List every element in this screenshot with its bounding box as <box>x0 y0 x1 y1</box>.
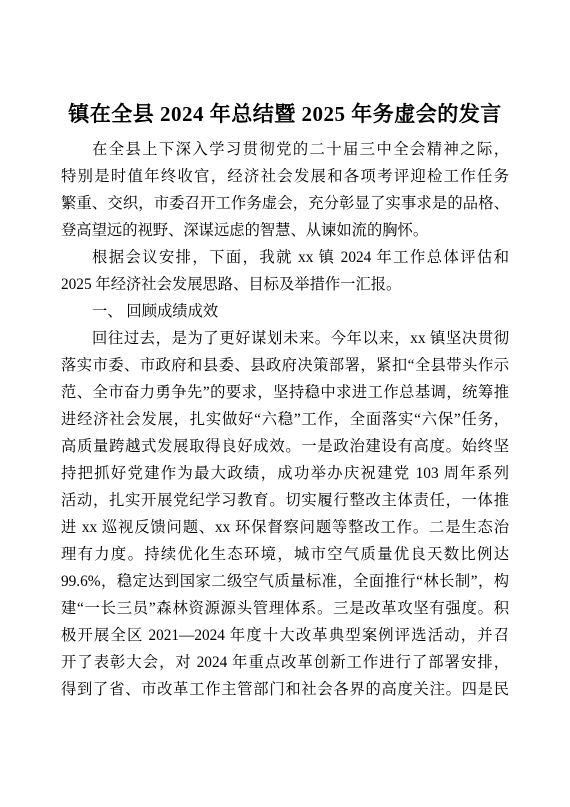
section-heading-review: 一、 回顾成绩成效 <box>61 298 509 325</box>
text-line: 进经济社会发展，扎实做好“六稳”工作，全面落实“六保”任务， <box>61 406 509 433</box>
document-title: 镇在全县 2024 年总结暨 2025 年务虚会的发言 <box>61 99 509 129</box>
text-line: 建“一长三员”森林资源源头管理体系。三是改革攻坚有强度。积 <box>61 595 509 622</box>
text-line: 理有力度。持续优化生态环境，城市空气质量优良天数比例达 <box>61 541 509 568</box>
text-line: 持把抓好党建作为最大政绩，成功举办庆祝建党 103 周年系列 <box>61 460 509 487</box>
text-line: 开了表彰大会，对 2024 年重点改革创新工作进行了部署安排， <box>61 649 509 676</box>
text-line: 回往过去，是为了更好谋划未来。今年以来，xx 镇坚决贯彻 <box>61 325 509 352</box>
text-line: 极开展全区 2021—2024 年度十大改革典型案例评选活动，并召 <box>61 622 509 649</box>
text-line: 进 xx 巡视反馈问题、xx 环保督察问题等整改工作。二是生态治 <box>61 514 509 541</box>
text-line: 活动，扎实开展党纪学习教育。切实履行整改主体责任，一体推 <box>61 487 509 514</box>
text-line: 范、全市奋力勇争先”的要求，坚持稳中求进工作总基调，统筹推 <box>61 379 509 406</box>
text-line: 繁重、交织，市委召开工作务虚会，充分彰显了实事求是的品格、 <box>61 190 509 217</box>
text-line: 得到了省、市改革工作主管部门和社会各界的高度关注。四是民 <box>61 676 509 703</box>
heading-line: 一、 回顾成绩成效 <box>61 298 509 325</box>
text-line: 2025 年经济社会发展思路、目标及举措作一汇报。 <box>61 271 509 298</box>
paragraph-intro: 在全县上下深入学习贯彻党的二十届三中全会精神之际， 特别是时值年终收官，经济社会… <box>61 136 509 244</box>
paragraph-agenda: 根据会议安排，下面，我就 xx 镇 2024 年工作总体评估和 2025 年经济… <box>61 244 509 298</box>
paragraph-review-achievements: 回往过去，是为了更好谋划未来。今年以来，xx 镇坚决贯彻 落实市委、市政府和县委… <box>61 325 509 703</box>
text-line: 登高望远的视野、深谋远虑的智慧、从谏如流的胸怀。 <box>61 217 509 244</box>
text-line: 99.6%，稳定达到国家二级空气质量标准，全面推行“林长制”，构 <box>61 568 509 595</box>
text-line: 根据会议安排，下面，我就 xx 镇 2024 年工作总体评估和 <box>61 244 509 271</box>
document-page: 镇在全县 2024 年总结暨 2025 年务虚会的发言 在全县上下深入学习贯彻党… <box>0 0 570 807</box>
text-line: 特别是时值年终收官，经济社会发展和各项考评迎检工作任务 <box>61 163 509 190</box>
text-line: 落实市委、市政府和县委、县政府决策部署，紧扣“全县带头作示 <box>61 352 509 379</box>
text-line: 在全县上下深入学习贯彻党的二十届三中全会精神之际， <box>61 136 509 163</box>
text-line: 高质量跨越式发展取得良好成效。一是政治建设有高度。始终坚 <box>61 433 509 460</box>
document-body: 在全县上下深入学习贯彻党的二十届三中全会精神之际， 特别是时值年终收官，经济社会… <box>61 136 509 703</box>
